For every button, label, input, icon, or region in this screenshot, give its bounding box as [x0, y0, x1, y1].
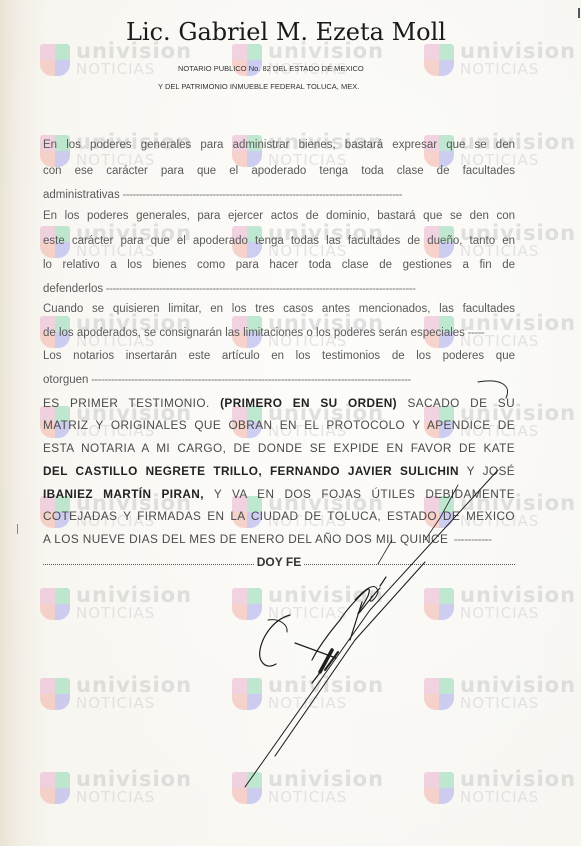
- watermark-sub: NOTICIAS: [76, 695, 155, 711]
- univision-watermark: univisionNOTICIAS: [232, 676, 382, 716]
- text-line: En los poderes generales, para ejercer a…: [43, 209, 515, 223]
- univision-watermark: univisionNOTICIAS: [424, 770, 574, 810]
- watermark-sub: NOTICIAS: [460, 789, 539, 805]
- watermark-brand: univision: [460, 768, 576, 790]
- univision-logo-icon: [424, 588, 454, 620]
- univision-watermark: univisionNOTICIAS: [424, 676, 574, 716]
- text-line: Los notarios insertarán este artículo en…: [43, 349, 515, 363]
- univision-watermark: univisionNOTICIAS: [40, 676, 190, 716]
- watermark-sub: NOTICIAS: [268, 695, 347, 711]
- univision-watermark: univisionNOTICIAS: [424, 42, 574, 82]
- watermark-sub: NOTICIAS: [76, 789, 155, 805]
- watermark-sub: NOTICIAS: [268, 789, 347, 805]
- fill-dashes: -----------: [448, 532, 491, 546]
- text-line: otorguen -------------------------------…: [43, 373, 515, 387]
- text-line: este carácter para que el apoderado teng…: [43, 234, 515, 248]
- watermark-sub: NOTICIAS: [76, 605, 155, 621]
- univision-logo-icon: [424, 772, 454, 804]
- margin-mark: [17, 524, 18, 534]
- watermark-brand: univision: [460, 674, 576, 696]
- fill-dashes: ----------------------------------------…: [103, 283, 415, 295]
- univision-watermark: univisionNOTICIAS: [232, 42, 382, 82]
- certification-line: DEL CASTILLO NEGRETE TRILLO, FERNANDO JA…: [43, 464, 515, 478]
- certification-line: ES PRIMER TESTIMONIO. (PRIMERO EN SU ORD…: [43, 396, 515, 410]
- univision-watermark: univisionNOTICIAS: [40, 586, 190, 626]
- univision-logo-icon: [40, 44, 70, 76]
- notary-title-line1: NOTARIO PUBLICO No. 82 DEL ESTADO DE MEX…: [178, 64, 364, 73]
- univision-logo-icon: [232, 678, 262, 710]
- text-line: defenderlos ----------------------------…: [43, 282, 515, 296]
- dotted-rule-left: [43, 564, 254, 565]
- univision-logo-icon: [40, 588, 70, 620]
- text-line: Cuando se quisieren limitar, en los tres…: [43, 302, 515, 316]
- watermark-brand: univision: [460, 584, 576, 606]
- watermark-brand: univision: [76, 584, 192, 606]
- certification-line: ESTA NOTARIA A MI CARGO, DE DONDE SE EXP…: [43, 441, 515, 455]
- watermark-sub: NOTICIAS: [460, 695, 539, 711]
- univision-watermark: univisionNOTICIAS: [232, 770, 382, 810]
- notary-title-line2: Y DEL PATRIMONIO INMUEBLE FEDERAL TOLUCA…: [158, 82, 359, 91]
- watermark-sub: NOTICIAS: [268, 605, 347, 621]
- text-line: de los apoderados, se consignarán las li…: [43, 326, 515, 340]
- fill-dashes: ----------------------------------------…: [88, 374, 410, 386]
- dotted-rule-right: [304, 564, 515, 565]
- certification-line: MATRIZ Y ORIGINALES QUE OBRAN EN EL PROT…: [43, 418, 515, 432]
- univision-logo-icon: [424, 678, 454, 710]
- univision-watermark: univisionNOTICIAS: [40, 770, 190, 810]
- text-line: lo relativo a los bienes como para hacer…: [43, 258, 515, 272]
- watermark-brand: univision: [76, 768, 192, 790]
- certification-line: COTEJADAS Y FIRMADAS EN LA CIUDAD DE TOL…: [43, 509, 515, 523]
- univision-watermark: univisionNOTICIAS: [232, 586, 382, 626]
- univision-logo-icon: [232, 588, 262, 620]
- watermark-brand: univision: [268, 674, 384, 696]
- watermark-sub: NOTICIAS: [460, 605, 539, 621]
- watermark-brand: univision: [268, 768, 384, 790]
- watermark-sub: NOTICIAS: [76, 61, 155, 77]
- univision-logo-icon: [40, 772, 70, 804]
- watermark-brand: univision: [76, 674, 192, 696]
- doy-fe-line: DOY FE: [43, 555, 515, 569]
- certification-line: A LOS NUEVE DIAS DEL MES DE ENERO DEL AÑ…: [43, 532, 515, 546]
- univision-logo-icon: [40, 678, 70, 710]
- watermark-brand: univision: [268, 584, 384, 606]
- univision-watermark: univisionNOTICIAS: [424, 586, 574, 626]
- text-line: En los poderes generales para administra…: [43, 138, 515, 152]
- text-line: administrativas ------------------------…: [43, 188, 515, 202]
- univision-logo-icon: [424, 44, 454, 76]
- watermark-sub: NOTICIAS: [460, 61, 539, 77]
- doy-fe-label: DOY FE: [254, 555, 304, 569]
- fill-dashes: ----------------------------------------…: [120, 189, 402, 201]
- text-line: con ese carácter para que el apoderado t…: [43, 164, 515, 178]
- notary-name: Lic. Gabriel M. Ezeta Moll: [126, 18, 446, 46]
- fill-dashes: -----: [465, 327, 484, 339]
- certification-line: IBANIEZ MARTÍN PIRAN, Y VA EN DOS FOJAS …: [43, 487, 515, 501]
- edge-mark: [578, 8, 580, 18]
- univision-watermark: univisionNOTICIAS: [40, 42, 190, 82]
- univision-logo-icon: [232, 772, 262, 804]
- watermark-brand: univision: [460, 40, 576, 62]
